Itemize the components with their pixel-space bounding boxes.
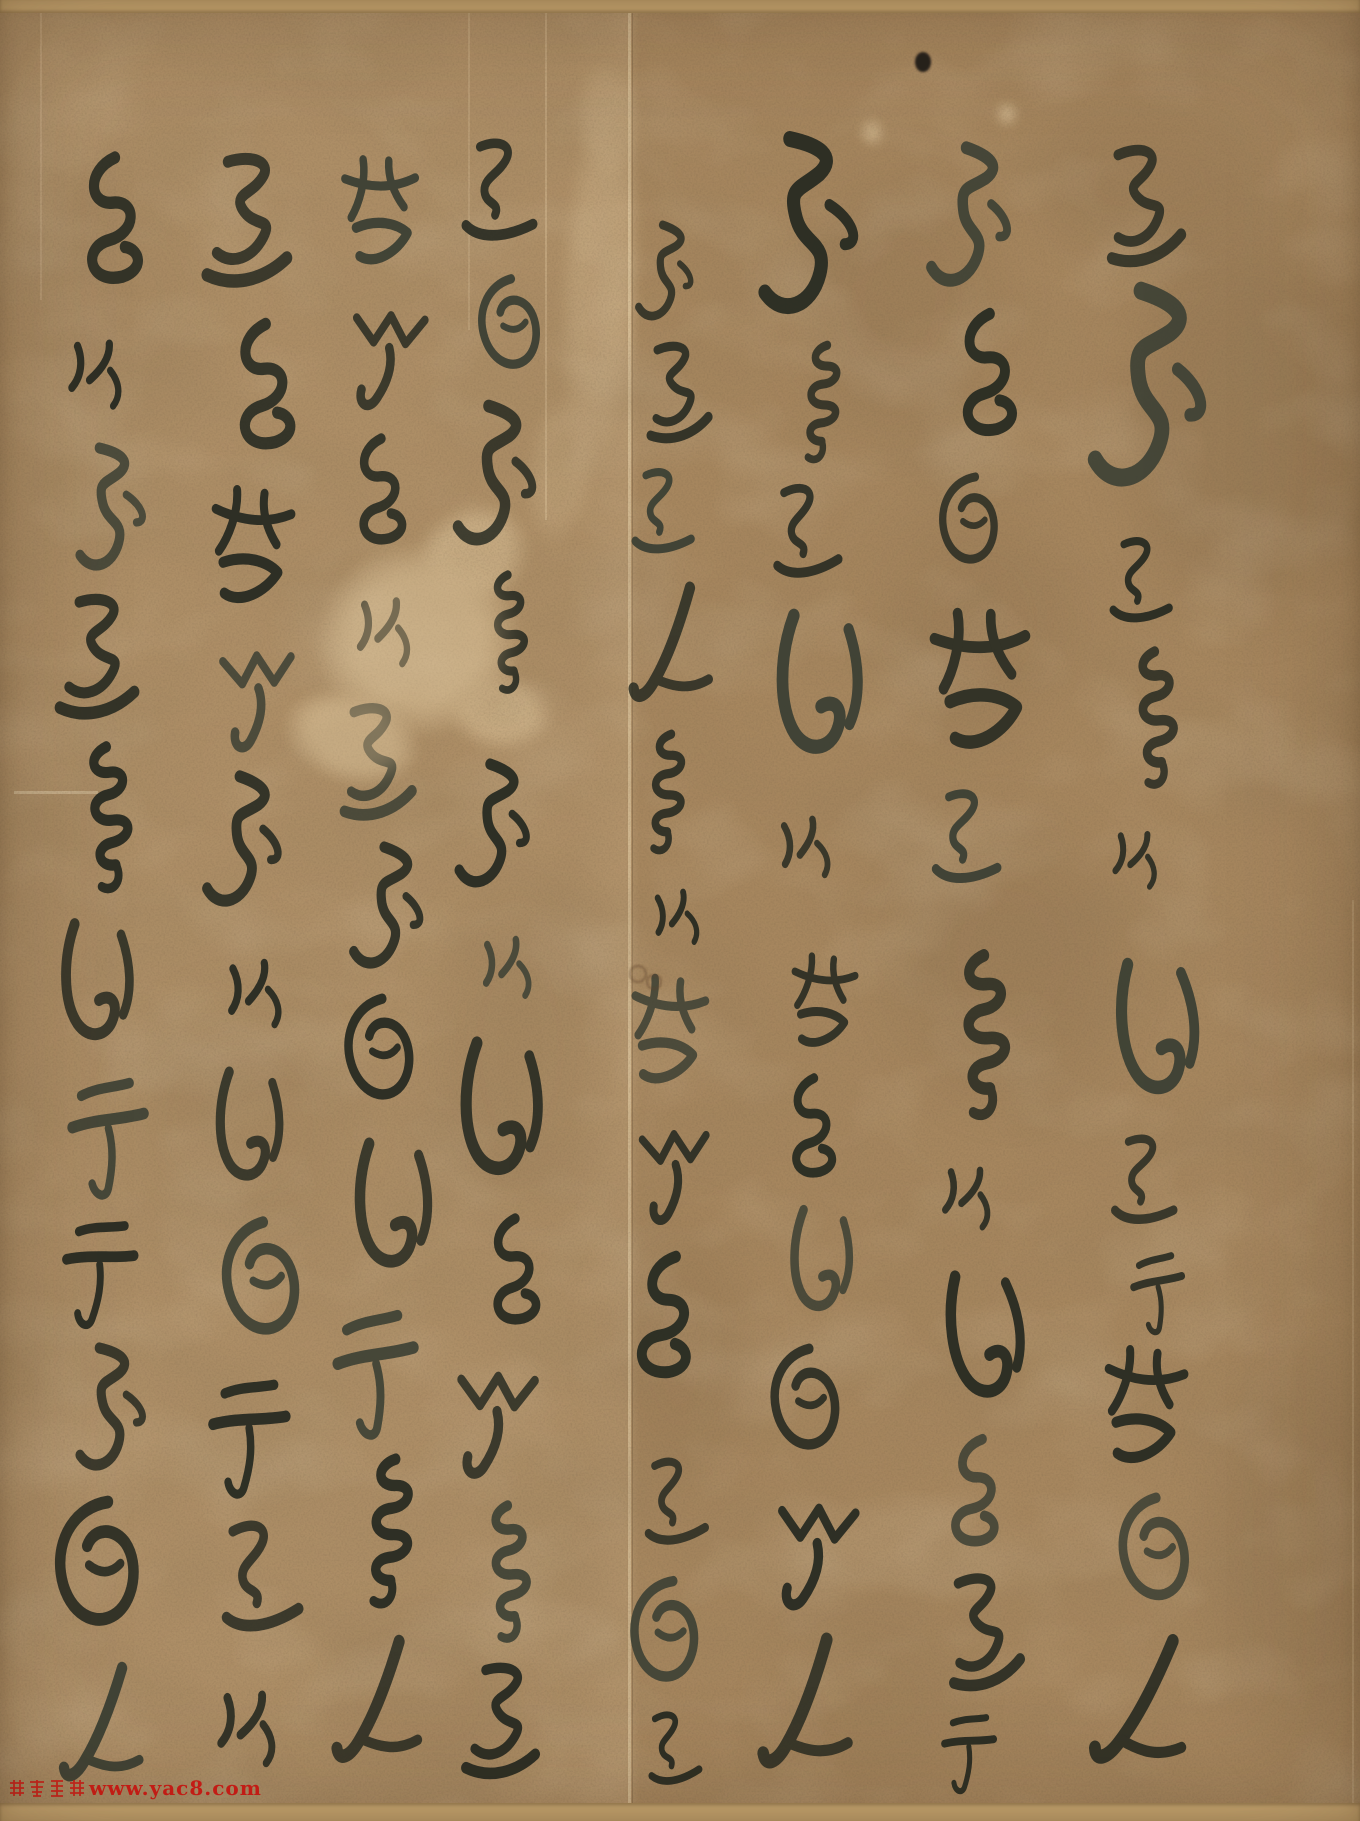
watermark-cjk-char	[28, 1778, 46, 1798]
abrasion-fade	[274, 672, 431, 798]
mounting-border-top	[0, 0, 1360, 13]
watermark-url: www.yac8.com	[89, 1778, 262, 1798]
watermark-cjk-char	[48, 1778, 66, 1798]
calligraphy-manuscript-photo: www.yac8.com	[0, 0, 1360, 1821]
mounting-border-bottom	[0, 1803, 1360, 1821]
watermark-cjk-char	[8, 1778, 26, 1798]
watermark: www.yac8.com	[8, 1778, 262, 1798]
watermark-cjk-char	[68, 1778, 86, 1798]
abrasion-fade	[303, 529, 533, 751]
abrasion-fade-layer	[0, 0, 1360, 1821]
watermark-cjk-glyphs	[8, 1778, 86, 1798]
